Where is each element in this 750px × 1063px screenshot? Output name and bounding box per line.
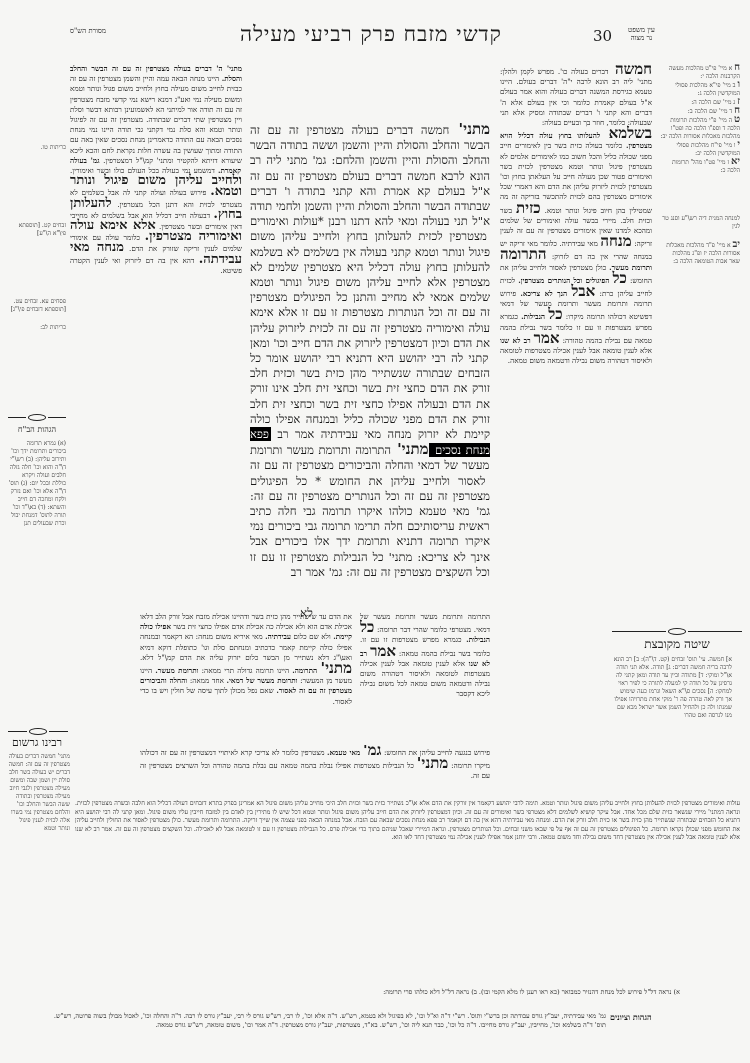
hagahot-vetziyunim-label: הגהות וציונים [610,1012,652,1022]
lower-commentary-block: עולות ואימורים מצטרפין לכזית להעלותן בחו… [75,800,740,970]
ein-mishpat-column: ח א מיי' פי"ט מהלכות מעשה הקרבנות הלכה י… [660,64,740,604]
rabbeinu-gershom-text: מתני' חמשה דברים בעולה מצטרפין זה עם זה:… [8,753,70,963]
footnotes: א) נראה דל"ל פירוש לכל מנחת דהנזיר כמבוא… [80,988,680,997]
rashi-column: חמשה דברים בעולה כו'. מפרש לקמן ולהלן: מ… [500,64,652,584]
ornament-divider [8,727,68,735]
page-header: קדשי מזבח פרק רביעי מעילה 30 עין משפט נר… [0,22,750,48]
rashi-bottom-column: התרומה ותרומת מעשר ותרומת מעשר של דמאי. … [360,612,490,742]
talmud-page: קדשי מזבח פרק רביעי מעילה 30 עין משפט נר… [0,0,750,1063]
shita-mekubetzet-heading: שיטה מקובצת [612,637,742,652]
masoret-hashas-heading: מסורת הש"ס [70,27,106,35]
ein-mishpat-heading: עין משפט נר מצוה [628,26,655,42]
rabbeinu-gershom-heading: רבינו גרשום [4,736,70,749]
page-title: קדשי מזבח פרק רביעי מעילה [240,22,502,47]
tosafot-bottom-column: את הדם עד שישתייר מהן כזית בשר ודהיינו א… [140,612,352,742]
hagahot-vetziyunim-text: גמ' מאי עבידתיה, יעב"ץ גורס עבודתה וכן ב… [50,1012,606,1030]
gemara-main-text: מתני' חמשה דברים בעולה מצטרפין זה עם זה … [250,122,490,602]
hagahot-bach-heading: הגהות הב"ח [8,425,66,434]
commentary-bottom-wide: פירוש כנגעה לחייב עליהן את החומש: גמ' מא… [140,745,490,795]
masoret-hashas-column: כריתות טו. זבחים קט. [תוספתא פי\"א ה\"ע]… [8,64,66,384]
tosafot-column: מתני' ה' דברים בעולה מצטרפין זה עם זה הב… [70,64,242,684]
page-number: 30 [593,27,612,45]
hagahot-bach-text: (א) גמרא תרומה ביכורים ותרומת ידך וכו' ו… [8,440,66,680]
ornament-divider [612,627,742,635]
ornament-divider [8,413,66,421]
